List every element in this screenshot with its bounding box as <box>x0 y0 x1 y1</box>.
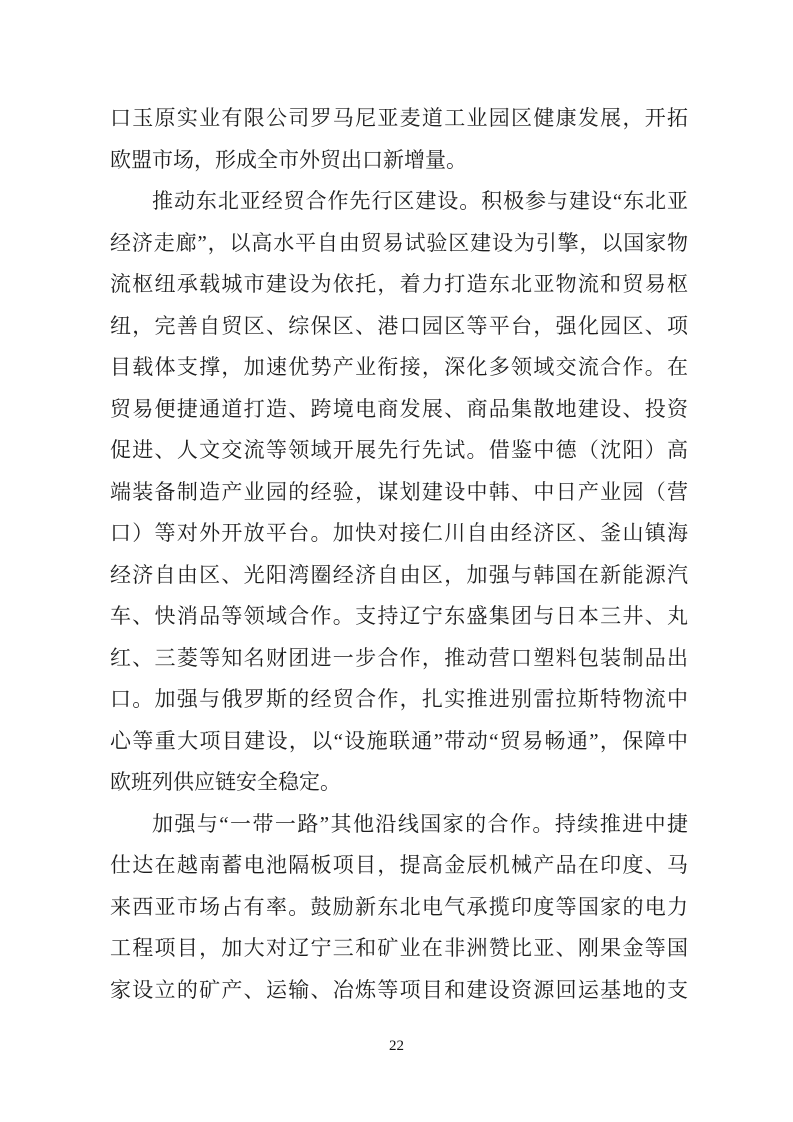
text-line: 经济走廊”，以高水平自由贸易试验区建设为引擎，以国家物 <box>110 223 688 265</box>
paragraph: 加强与“一带一路”其他沿线国家的合作。持续推进中捷 仕达在越南蓄电池隔板项目，提… <box>110 804 688 1012</box>
text-line: 加强与“一带一路”其他沿线国家的合作。持续推进中捷 <box>110 804 688 846</box>
text-line: 车、快消品等领域合作。支持辽宁东盛集团与日本三井、丸 <box>110 596 688 638</box>
text-line: 口玉原实业有限公司罗马尼亚麦道工业园区健康发展，开拓 <box>110 98 688 140</box>
text-line: 贸易便捷通道打造、跨境电商发展、商品集散地建设、投资 <box>110 389 688 431</box>
text-line: 纽，完善自贸区、综保区、港口园区等平台，强化园区、项 <box>110 306 688 348</box>
text-line: 心等重大项目建设，以“设施联通”带动“贸易畅通”，保障中 <box>110 721 688 763</box>
text-line: 推动东北亚经贸合作先行区建设。积极参与建设“东北亚 <box>110 181 688 223</box>
text-line: 经济自由区、光阳湾圈经济自由区，加强与韩国在新能源汽 <box>110 555 688 597</box>
text-line: 欧班列供应链安全稳定。 <box>110 762 688 804</box>
text-line: 口。加强与俄罗斯的经贸合作，扎实推进别雷拉斯特物流中 <box>110 679 688 721</box>
text-line: 来西亚市场占有率。鼓励新东北电气承揽印度等国家的电力 <box>110 887 688 929</box>
text-block: 口玉原实业有限公司罗马尼亚麦道工业园区健康发展，开拓 欧盟市场，形成全市外贸出口… <box>110 98 688 1011</box>
text-line: 目载体支撑，加速优势产业衔接，深化多领域交流合作。在 <box>110 347 688 389</box>
text-line: 家设立的矿产、运输、冶炼等项目和建设资源回运基地的支 <box>110 970 688 1012</box>
text-line: 口）等对外开放平台。加快对接仁川自由经济区、釜山镇海 <box>110 513 688 555</box>
paragraph: 推动东北亚经贸合作先行区建设。积极参与建设“东北亚 经济走廊”，以高水平自由贸易… <box>110 181 688 804</box>
text-line: 促进、人文交流等领域开展先行先试。借鉴中德（沈阳）高 <box>110 430 688 472</box>
text-line: 工程项目，加大对辽宁三和矿业在非洲赞比亚、刚果金等国 <box>110 928 688 970</box>
paragraph: 口玉原实业有限公司罗马尼亚麦道工业园区健康发展，开拓 欧盟市场，形成全市外贸出口… <box>110 98 688 181</box>
page-number: 22 <box>0 1036 793 1056</box>
text-line: 端装备制造产业园的经验，谋划建设中韩、中日产业园（营 <box>110 472 688 514</box>
text-line: 欧盟市场，形成全市外贸出口新增量。 <box>110 140 688 182</box>
text-line: 红、三菱等知名财团进一步合作，推动营口塑料包装制品出 <box>110 638 688 680</box>
document-page: 口玉原实业有限公司罗马尼亚麦道工业园区健康发展，开拓 欧盟市场，形成全市外贸出口… <box>0 0 793 1122</box>
text-line: 流枢纽承载城市建设为依托，着力打造东北亚物流和贸易枢 <box>110 264 688 306</box>
text-line: 仕达在越南蓄电池隔板项目，提高金辰机械产品在印度、马 <box>110 845 688 887</box>
